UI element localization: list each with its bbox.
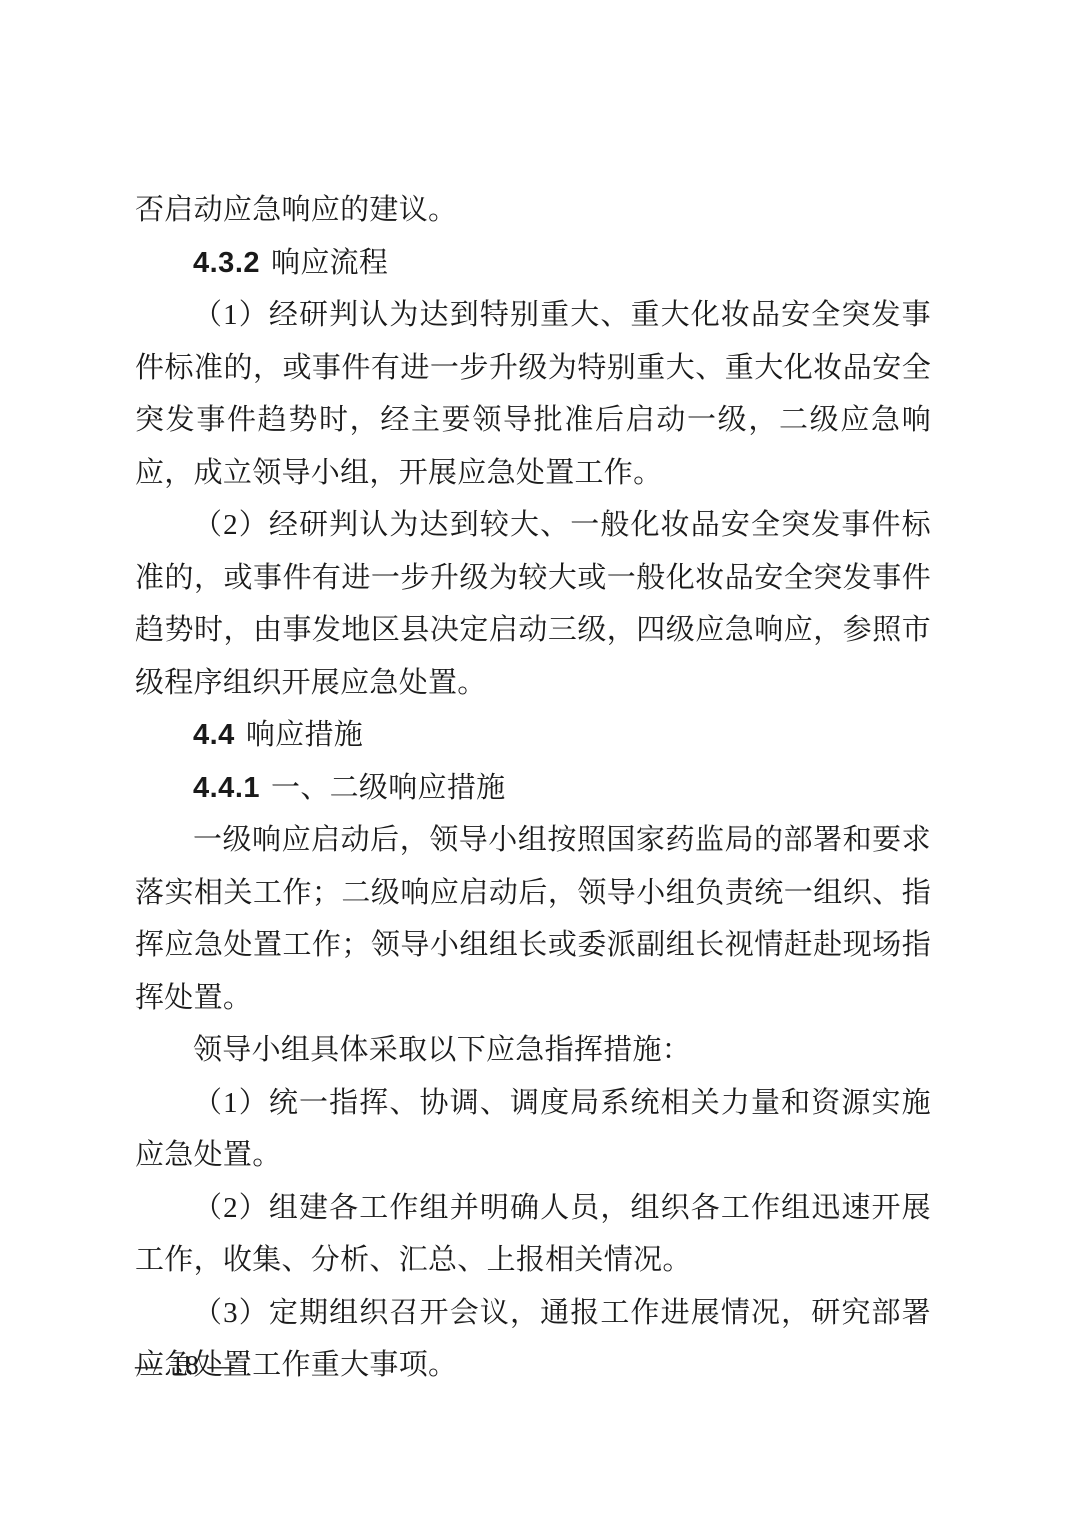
paragraph: 一级响应启动后，领导小组按照国家药监局的部署和要求落实相关工作；二级响应启动后，… bbox=[135, 814, 931, 1024]
document-body: 否启动应急响应的建议。4.3.2响应流程（1）经研判认为达到特别重大、重大化妆品… bbox=[135, 184, 931, 1392]
section-title: 响应措施 bbox=[246, 719, 363, 751]
section-number: 4.4.1 bbox=[193, 772, 260, 804]
paragraph: （3）定期组织召开会议，通报工作进展情况，研究部署应急处置工作重大事项。 bbox=[135, 1287, 931, 1392]
section-title: 一、二级响应措施 bbox=[271, 772, 505, 804]
paragraph: （2）经研判认为达到较大、一般化妆品安全突发事件标准的，或事件有进一步升级为较大… bbox=[135, 499, 931, 709]
paragraph: 领导小组具体采取以下应急指挥措施： bbox=[135, 1024, 931, 1077]
section-heading: 4.3.2响应流程 bbox=[135, 237, 931, 290]
section-number: 4.4 bbox=[193, 719, 235, 751]
paragraph: （2）组建各工作组并明确人员，组织各工作组迅速开展工作，收集、分析、汇总、上报相… bbox=[135, 1182, 931, 1287]
paragraph: （1）统一指挥、协调、调度局系统相关力量和资源实施应急处置。 bbox=[135, 1077, 931, 1182]
paragraph-continuation: 否启动应急响应的建议。 bbox=[135, 184, 931, 237]
section-title: 响应流程 bbox=[271, 247, 388, 279]
section-number: 4.3.2 bbox=[193, 247, 260, 279]
paragraph: （1）经研判认为达到特别重大、重大化妆品安全突发事件标准的，或事件有进一步升级为… bbox=[135, 289, 931, 499]
section-heading: 4.4响应措施 bbox=[135, 709, 931, 762]
document-page: 否启动应急响应的建议。4.3.2响应流程（1）经研判认为达到特别重大、重大化妆品… bbox=[0, 0, 1074, 1520]
page-footer: — 18 — bbox=[135, 1349, 236, 1381]
page-number: — 18 — bbox=[135, 1350, 236, 1380]
section-heading: 4.4.1一、二级响应措施 bbox=[135, 762, 931, 815]
